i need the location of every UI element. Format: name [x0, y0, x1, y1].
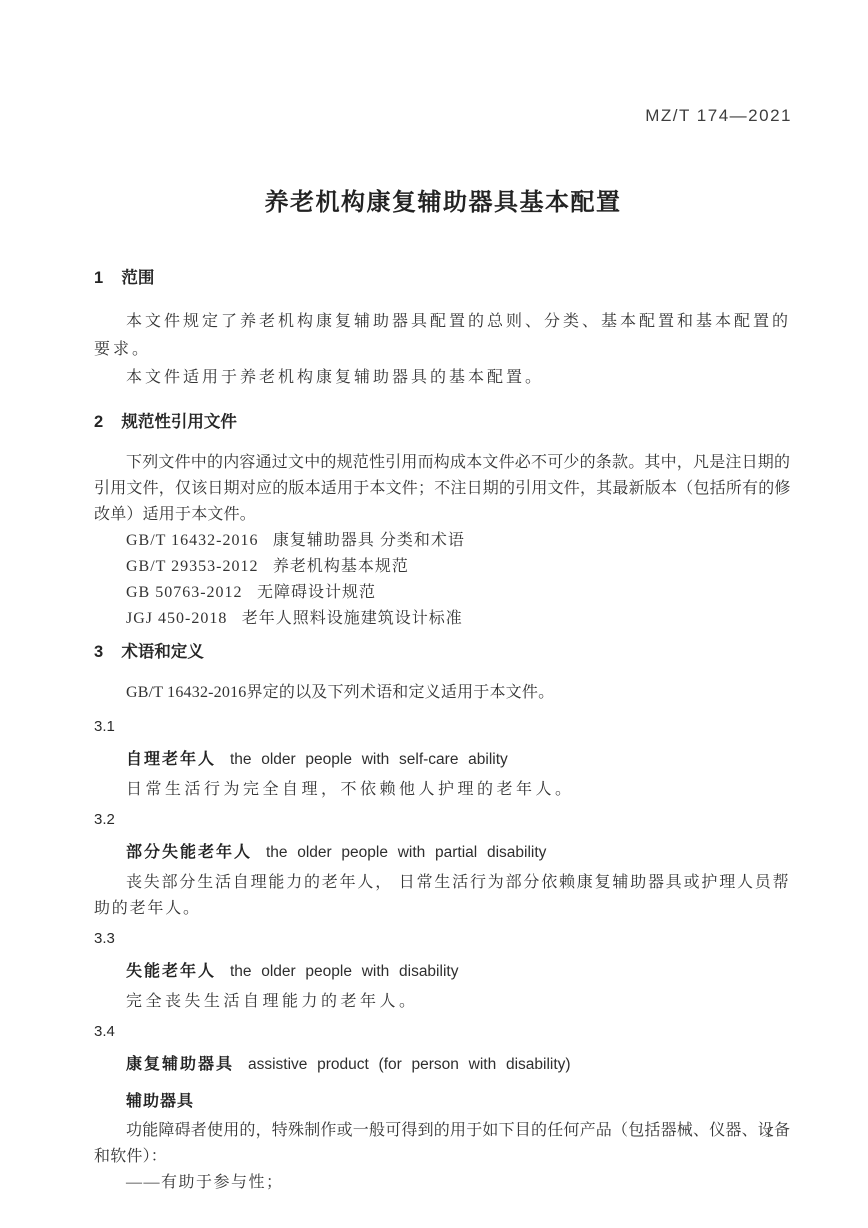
term-definition: 日常生活行为完全自理，不依赖他人护理的老年人。 [94, 777, 792, 803]
term-entry: 失能老年人the older people with disability [94, 960, 792, 984]
section-3-intro-paragraph: GB/T 16432-2016界定的以及下列术语和定义适用于本文件。 [94, 680, 792, 706]
page-number: 1 [765, 1124, 773, 1142]
reference-code: GB/T 29353-2012 [126, 558, 258, 575]
reference-item: GB/T 29353-2012养老机构基本规范 [94, 554, 792, 580]
term-number-3-1: 3.1 [94, 718, 792, 736]
term-entry: 部分失能老年人the older people with partial dis… [94, 841, 792, 865]
term-zh: 康复辅助器具 [126, 1056, 234, 1073]
reference-code: GB/T 16432-2016 [126, 532, 258, 549]
term-number-3-4: 3.4 [94, 1023, 792, 1041]
reference-title: 无障碍设计规范 [257, 584, 376, 601]
section-3-number: 3 [94, 643, 103, 661]
section-1-number: 1 [94, 269, 103, 287]
term-zh: 自理老年人 [126, 751, 216, 768]
document-page: MZ/T 174—2021 养老机构康复辅助器具基本配置 1范围 本文件规定了养… [0, 0, 868, 1228]
term-en: assistive product (for person with disab… [248, 1056, 571, 1073]
term-en: the older people with self-care ability [230, 751, 508, 768]
section-2-title: 规范性引用文件 [121, 413, 237, 431]
term-zh: 失能老年人 [126, 963, 216, 980]
section-1-paragraph-scope: 本文件规定了养老机构康复辅助器具配置的总则、分类、基本配置和基本配置的要求。 [94, 308, 792, 364]
reference-item: GB/T 16432-2016康复辅助器具 分类和术语 [94, 528, 792, 554]
term-number-3-3: 3.3 [94, 930, 792, 948]
reference-code: JGJ 450-2018 [126, 610, 227, 627]
reference-item: JGJ 450-2018老年人照料设施建筑设计标准 [94, 606, 792, 632]
standard-code: MZ/T 174—2021 [94, 106, 792, 126]
term-definition: 丧失部分生活自理能力的老年人， 日常生活行为部分依赖康复辅助器具或护理人员帮助的… [94, 870, 792, 922]
term-zh: 部分失能老年人 [126, 844, 252, 861]
section-2-intro-paragraph: 下列文件中的内容通过文中的规范性引用而构成本文件必不可少的条款。其中，凡是注日期… [94, 450, 792, 528]
reference-item: GB 50763-2012无障碍设计规范 [94, 580, 792, 606]
term-number-3-2: 3.2 [94, 811, 792, 829]
term-en: the older people with disability [230, 963, 459, 980]
reference-title: 老年人照料设施建筑设计标准 [242, 610, 463, 627]
reference-title: 养老机构基本规范 [273, 558, 409, 575]
definition-list-item: ——有助于参与性； [94, 1170, 792, 1196]
term-entry: 自理老年人the older people with self-care abi… [94, 748, 792, 772]
section-2-heading: 2规范性引用文件 [94, 412, 792, 432]
section-1-heading: 1范围 [94, 268, 792, 288]
term-en: the older people with partial disability [266, 844, 546, 861]
term-entry: 康复辅助器具assistive product (for person with… [94, 1053, 792, 1077]
term-definition: 完全丧失生活自理能力的老年人。 [94, 989, 792, 1015]
section-1-paragraph-applicability: 本文件适用于养老机构康复辅助器具的基本配置。 [94, 364, 792, 392]
section-3-heading: 3术语和定义 [94, 642, 792, 662]
reference-title: 康复辅助器具 分类和术语 [273, 532, 465, 549]
document-title: 养老机构康复辅助器具基本配置 [94, 186, 792, 220]
section-3-title: 术语和定义 [121, 643, 204, 661]
section-1-title: 范围 [121, 269, 154, 287]
term-definition: 功能障碍者使用的，特殊制作或一般可得到的用于如下目的任何产品（包括器械、仪器、设… [94, 1118, 792, 1170]
reference-code: GB 50763-2012 [126, 584, 243, 601]
section-2-number: 2 [94, 413, 103, 431]
subterm-label: 辅助器具 [94, 1091, 792, 1113]
